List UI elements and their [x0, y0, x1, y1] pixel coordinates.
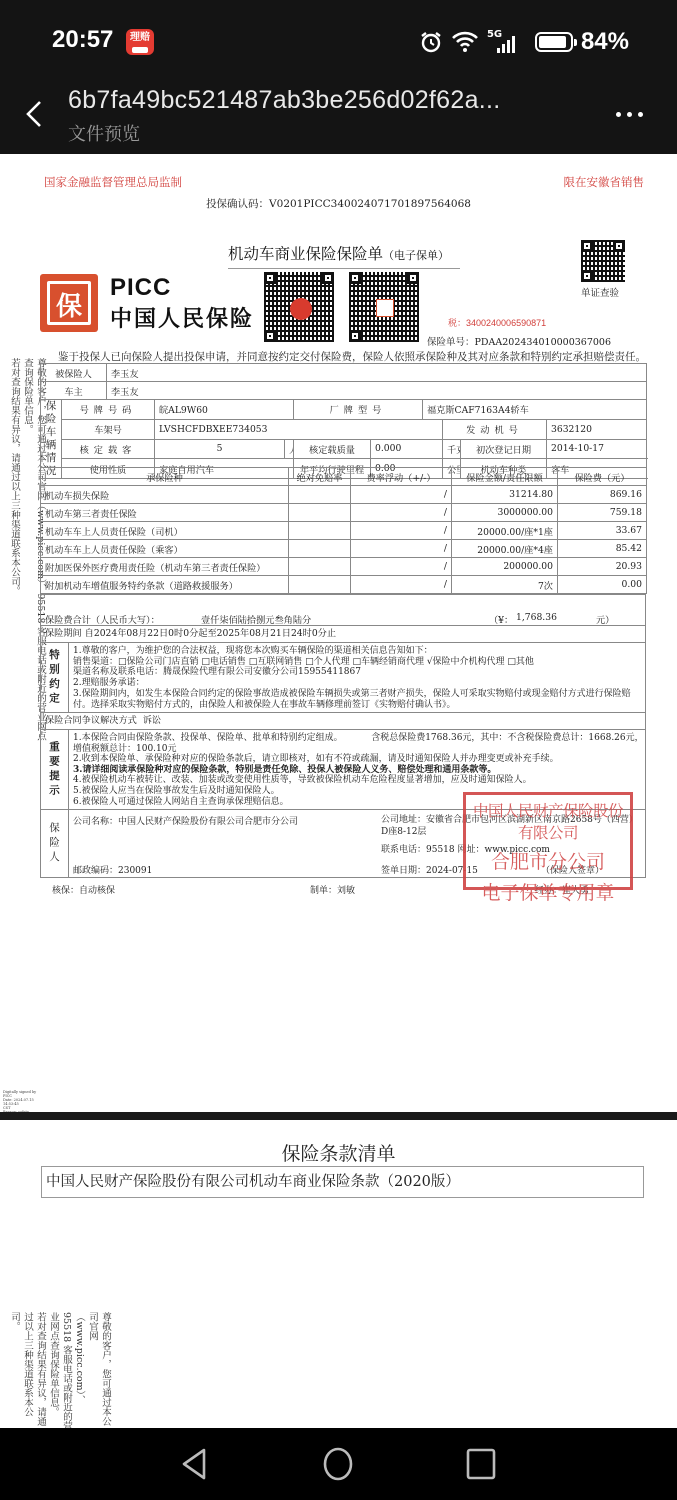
wifi-icon: [451, 31, 479, 53]
coverage-row: 机动车车上人员责任保险（乘客）/20000.00/座*4座85.42: [41, 540, 647, 558]
model-value: 福克斯CAF7163A4轿车: [423, 400, 647, 420]
owner-value: 李玉友: [107, 382, 647, 400]
side-note: 尊敬的客户，您可通过本公司官网（www.picc.com）、95518 客服电话…: [8, 1312, 112, 1428]
battery-icon: [535, 32, 573, 52]
status-bar: 20:57 理赔 5G 84%: [0, 0, 677, 82]
more-button[interactable]: [611, 104, 647, 124]
system-nav-bar: [0, 1428, 677, 1500]
insured-value: 李玉友: [107, 364, 647, 382]
picc-logo-icon: [40, 274, 98, 332]
app-notification-icon: 理赔: [126, 29, 154, 55]
policy-number: 保险单号：PDAA202434010000367006: [427, 334, 611, 348]
plate-value: 皖AL9W60: [155, 400, 294, 420]
preparer: 制单：刘敏: [310, 883, 355, 896]
coverage-header: 费率浮动（+/-）: [351, 468, 452, 486]
notice-line: 增值税额总计：100.10元: [73, 744, 641, 755]
notice-line: 2.收到本保险单、承保险种对应的保险条款后，请立即核对，如有不符或疏漏，请及时通…: [73, 754, 641, 765]
company-name: 公司名称：中国人民财产保险股份有限公司合肥市分公司: [73, 814, 298, 827]
vin-value: LVSHCFDBXEE734053: [155, 419, 443, 439]
file-title: 6b7fa49bc521487ab3be256d02f62a...: [68, 86, 501, 115]
notice-line: 3.请详细阅读承保险种对应的保险条款，特别是责任免除、投保人被保险人义务、赔偿处…: [73, 765, 641, 776]
preamble-text: 鉴于投保人已向保险人提出投保申请，并同意按约定交付保险费，保险人依照承保险种及其…: [58, 349, 646, 364]
clock: 20:57: [52, 26, 113, 54]
nav-back-button[interactable]: [178, 1446, 214, 1482]
nav-recents-button[interactable]: [463, 1446, 499, 1482]
file-preview-subtitle: 文件预览: [68, 120, 140, 146]
company-seal: 中国人民财产保险股份有限公司 合肥市分公司 电子保单专用章: [463, 792, 633, 890]
special-agreement-line: 2.理赔服务承诺：: [73, 678, 641, 689]
coverage-header: 保险费（元）: [558, 468, 647, 486]
premium-total-row: 保险费合计（人民币大写）： 壹仟柒佰陆拾捌元叁角陆分 （¥： 1,768.36 …: [40, 594, 646, 626]
postcode: 邮政编码：230091: [73, 863, 152, 876]
coverage-header: 绝对免赔率: [289, 468, 351, 486]
reg-date-value: 2014-10-17: [547, 439, 647, 459]
coverage-table: 承保险种绝对免赔率费率浮动（+/-）保险金额/责任限额保险费（元） 机动车损失保…: [40, 467, 647, 594]
coverage-row: 附加医保外医疗费用责任险（机动车第三者责任保险）/200000.0020.93: [41, 558, 647, 576]
wechat-qr-code: [262, 270, 336, 344]
dispute-method: 诉讼: [143, 715, 161, 726]
owner-label: 车主: [41, 382, 107, 400]
nav-recents-icon: [463, 1446, 499, 1482]
special-agreement-line: 渠道名称及联系电话：腾晟保险代理有限公司安徽分公司15955411867: [73, 667, 641, 678]
underwriter: 核保：自动核保: [52, 883, 115, 896]
seats-value: 5: [155, 439, 285, 459]
nav-home-icon: [320, 1446, 356, 1482]
load-value: 0.000: [371, 439, 443, 459]
special-agreement-line: 销售渠道：□保险公司门店直销 □电话销售 □互联网销售 □个人代理 □车辆经销商…: [73, 657, 641, 668]
special-agreement-line: 1.尊敬的客户，为维护您的合法权益，现将您本次购买车辆保险的渠道相关信息告知如下…: [73, 646, 641, 657]
sales-region-label: 限在安徽省销售: [564, 174, 645, 190]
insurance-period-row: 保险期间 自2024年08月22日0时0分起至2025年08月21日24时0分止: [40, 626, 646, 643]
clause-list-title: 保险条款清单: [0, 1139, 677, 1166]
alarm-icon: [419, 30, 443, 54]
special-agreement: 特别约定 1.尊敬的客户，为维护您的合法权益，现将您本次购买车辆保险的渠道相关信…: [40, 643, 646, 713]
battery-percent: 84%: [581, 28, 629, 56]
coverage-row: 机动车车上人员责任保险（司机）/20000.00/座*1座33.67: [41, 522, 647, 540]
notice-line: 4.被保险机动车被转让、改装、加装或改变使用性质等，导致被保险机动车危险程度显著…: [73, 775, 641, 786]
verify-qr-label: 单证查验: [581, 285, 619, 299]
back-chevron-icon: [20, 94, 50, 134]
verify-qr-code: [579, 238, 627, 284]
policy-document-page[interactable]: 国家金融监督管理总局监制 限在安徽省销售 投保确认码：V0201PICC3400…: [0, 154, 677, 1112]
more-dots-icon: [616, 112, 621, 117]
notice-line: 1.本保险合同由保险条款、投保单、保险单、批单和特别约定组成。 含税总保险费17…: [73, 733, 641, 744]
clause-list-page[interactable]: 保险条款清单 中国人民财产保险股份有限公司机动车商业保险条款（2020版） 尊敬…: [0, 1120, 677, 1428]
special-agreement-line: 付。选择采取实物赔付方式的，由保险人和被保险人在事故车辆修理前签订《实物赔付确认…: [73, 700, 641, 711]
signal-icon: 5G: [487, 31, 527, 53]
nav-back-icon: [178, 1446, 214, 1482]
app-qr-code: [347, 270, 421, 344]
coverage-row: 机动车第三者责任保险/3000000.00759.18: [41, 504, 647, 522]
clause-item: 中国人民财产保险股份有限公司机动车商业保险条款（2020版）: [41, 1166, 644, 1198]
insurance-period: 自2024年08月22日0时0分起至2025年08月21日24时0分止: [85, 628, 336, 639]
dispute-row: 保险合同争议解决方式 诉讼: [40, 713, 646, 730]
vehicle-info-table: 被保险人 李玉友 车主 李玉友 保险车辆情况 号牌号码 皖AL9W60 厂牌型号…: [40, 363, 647, 479]
total-amount: 1,768.36: [516, 612, 557, 623]
engine-value: 3632120: [547, 419, 647, 439]
logo-text-cn: 中国人民保险: [110, 302, 254, 333]
logo-text-en: PICC: [110, 274, 171, 302]
app-header: 6b7fa49bc521487ab3be256d02f62a... 文件预览: [0, 82, 677, 154]
coverage-header: 保险金额/责任限额: [452, 468, 558, 486]
tax-number: 税：3400240006590871: [448, 316, 546, 329]
page-separator: [0, 1112, 677, 1120]
status-icons: 5G 84%: [419, 28, 629, 56]
coverage-row: 机动车损失保险/31214.80869.16: [41, 486, 647, 504]
coverage-header: 承保险种: [41, 468, 289, 486]
special-agreement-line: 3.保险期间内，如发生本保险合同约定的保险事故造成被保险车辆损失或第三者财产损失…: [73, 689, 641, 700]
digital-signature: Digitally signed by PICCDate: 2024.07.15…: [3, 1090, 43, 1112]
confirm-code: 投保确认码：V0201PICC340024071701897564068: [0, 196, 677, 211]
document-title: 机动车商业保险保险单（电子保单）: [228, 242, 460, 269]
regulator-label: 国家金融监督管理总局监制: [44, 174, 182, 190]
total-in-words: 壹仟柒佰陆拾捌元叁角陆分: [201, 612, 311, 626]
back-button[interactable]: [20, 94, 50, 134]
nav-home-button[interactable]: [320, 1446, 356, 1482]
coverage-row: 附加机动车增值服务特约条款（道路救援服务）/7次0.00: [41, 576, 647, 594]
insured-label: 被保险人: [41, 364, 107, 382]
